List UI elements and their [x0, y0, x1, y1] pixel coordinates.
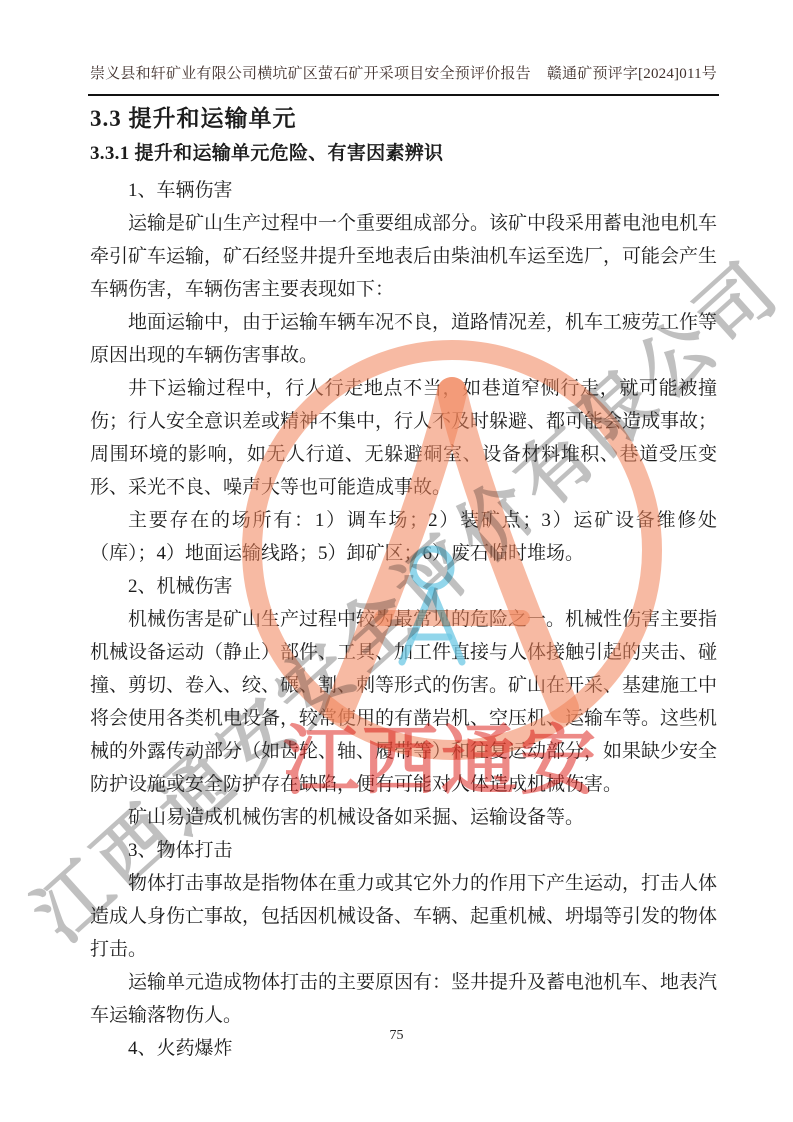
page-header: 崇义县和轩矿业有限公司横坑矿区萤石矿开采项目安全预评价报告 赣通矿预评字[202…	[90, 62, 717, 83]
document-body: 3.3 提升和运输单元 3.3.1 提升和运输单元危险、有害因素辨识 1、车辆伤…	[90, 100, 717, 1065]
body-paragraph: 主要存在的场所有：1）调车场；2）装矿点；3）运矿设备维修处（库）；4）地面运输…	[90, 504, 717, 570]
header-document-number: 赣通矿预评字[2024]011号	[547, 62, 717, 83]
body-paragraph: 运输是矿山生产过程中一个重要组成部分。该矿中段采用蓄电池电机车牵引矿车运输，矿石…	[90, 207, 717, 306]
body-paragraph: 机械伤害是矿山生产过程中较为最常见的危险之一。机械性伤害主要指机械设备运动（静止…	[90, 603, 717, 801]
hazard-item-heading: 2、机械伤害	[90, 570, 717, 603]
paragraph-container: 1、车辆伤害运输是矿山生产过程中一个重要组成部分。该矿中段采用蓄电池电机车牵引矿…	[90, 174, 717, 1065]
body-paragraph: 地面运输中，由于运输车辆车况不良，道路情况差，机车工疲劳工作等原因出现的车辆伤害…	[90, 306, 717, 372]
hazard-item-heading: 1、车辆伤害	[90, 174, 717, 207]
section-title: 3.3 提升和运输单元	[90, 100, 717, 137]
page-number: 75	[0, 1028, 793, 1044]
header-report-title: 崇义县和轩矿业有限公司横坑矿区萤石矿开采项目安全预评价报告	[90, 62, 531, 83]
header-divider	[88, 94, 719, 96]
document-page: 崇义县和轩矿业有限公司横坑矿区萤石矿开采项目安全预评价报告 赣通矿预评字[202…	[0, 0, 793, 1122]
hazard-item-heading: 3、物体打击	[90, 834, 717, 867]
subsection-title: 3.3.1 提升和运输单元危险、有害因素辨识	[90, 137, 717, 171]
body-paragraph: 井下运输过程中，行人行走地点不当，如巷道窄侧行走，就可能被撞伤；行人安全意识差或…	[90, 372, 717, 504]
body-paragraph: 矿山易造成机械伤害的机械设备如采掘、运输设备等。	[90, 801, 717, 834]
body-paragraph: 物体打击事故是指物体在重力或其它外力的作用下产生运动，打击人体造成人身伤亡事故，…	[90, 867, 717, 966]
body-paragraph: 运输单元造成物体打击的主要原因有：竖井提升及蓄电池机车、地表汽车运输落物伤人。	[90, 966, 717, 1032]
